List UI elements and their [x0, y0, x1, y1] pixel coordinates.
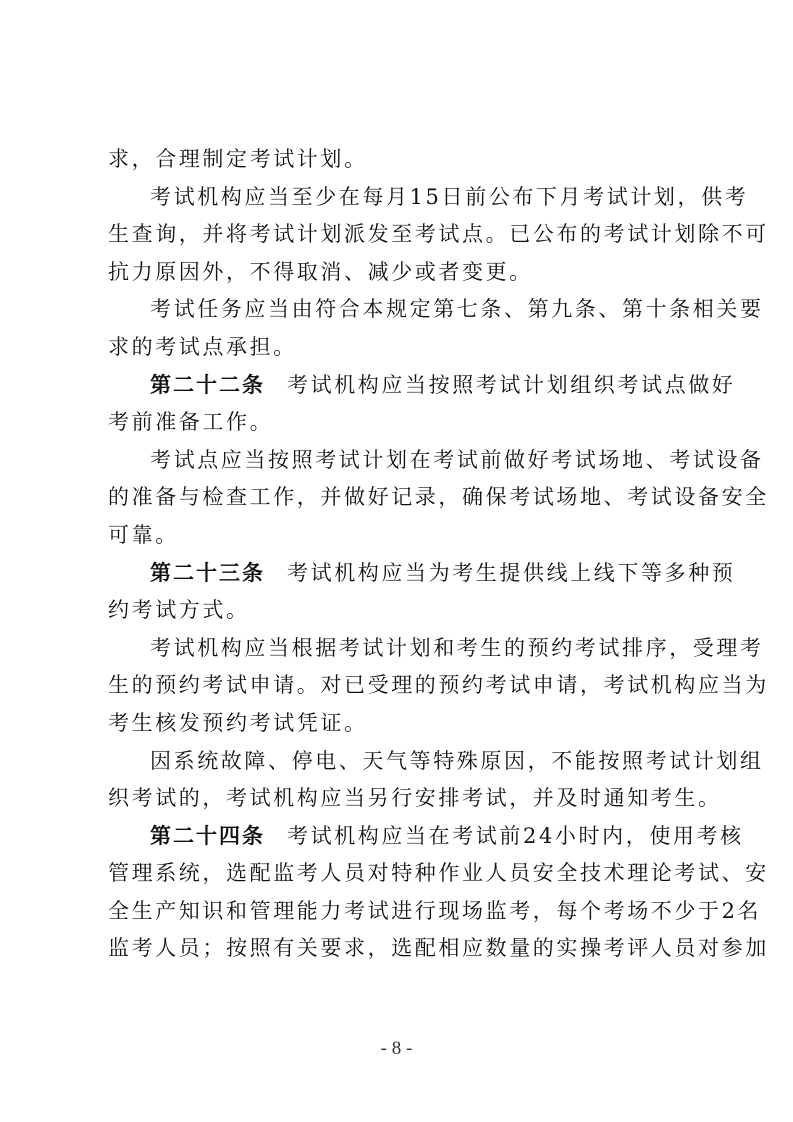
article-heading: 第二十二条	[150, 373, 265, 397]
article-heading: 第二十三条	[150, 561, 265, 585]
text-line: 抗力原因外，不得取消、减少或者变更。	[108, 254, 694, 292]
article-22: 第二十二条考试机构应当按照考试计划组织考试点做好	[108, 367, 694, 405]
paragraph-start: 考试任务应当由符合本规定第七条、第九条、第十条相关要	[108, 291, 694, 329]
text-line: 生的预约考试申请。对已受理的预约考试申请，考试机构应当为	[108, 667, 694, 705]
text-line: 全生产知识和管理能力考试进行现场监考，每个考场不少于2名	[108, 893, 694, 931]
text-line: 约考试方式。	[108, 592, 694, 630]
text-line: 求的考试点承担。	[108, 329, 694, 367]
text-line: 管理系统，选配监考人员对特种作业人员安全技术理论考试、安	[108, 855, 694, 893]
text-line: 可靠。	[108, 517, 694, 555]
text-line: 监考人员；按照有关要求，选配相应数量的实操考评人员对参加	[108, 930, 694, 968]
paragraph-start: 考试机构应当至少在每月15日前公布下月考试计划，供考	[108, 179, 694, 217]
article-24: 第二十四条考试机构应当在考试前24小时内，使用考核	[108, 818, 694, 856]
text-line: 考前准备工作。	[108, 404, 694, 442]
paragraph-start: 考试机构应当根据考试计划和考生的预约考试排序，受理考	[108, 630, 694, 668]
page-number: - 8 -	[0, 1038, 793, 1060]
document-body: 求，合理制定考试计划。 考试机构应当至少在每月15日前公布下月考试计划，供考 生…	[108, 141, 694, 968]
text-line: 织考试的，考试机构应当另行安排考试，并及时通知考生。	[108, 780, 694, 818]
article-23: 第二十三条考试机构应当为考生提供线上线下等多种预	[108, 555, 694, 593]
text-line: 考生核发预约考试凭证。	[108, 705, 694, 743]
text-line: 的准备与检查工作，并做好记录，确保考试场地、考试设备安全	[108, 479, 694, 517]
article-text: 考试机构应当按照考试计划组织考试点做好	[287, 373, 735, 397]
article-text: 考试机构应当在考试前24小时内，使用考核	[287, 824, 744, 848]
paragraph-start: 因系统故障、停电、天气等特殊原因，不能按照考试计划组	[108, 743, 694, 781]
article-heading: 第二十四条	[150, 824, 265, 848]
text-line: 生查询，并将考试计划派发至考试点。已公布的考试计划除不可	[108, 216, 694, 254]
article-text: 考试机构应当为考生提供线上线下等多种预	[287, 561, 735, 585]
paragraph-start: 考试点应当按照考试计划在考试前做好考试场地、考试设备	[108, 442, 694, 480]
text-line: 求，合理制定考试计划。	[108, 141, 694, 179]
